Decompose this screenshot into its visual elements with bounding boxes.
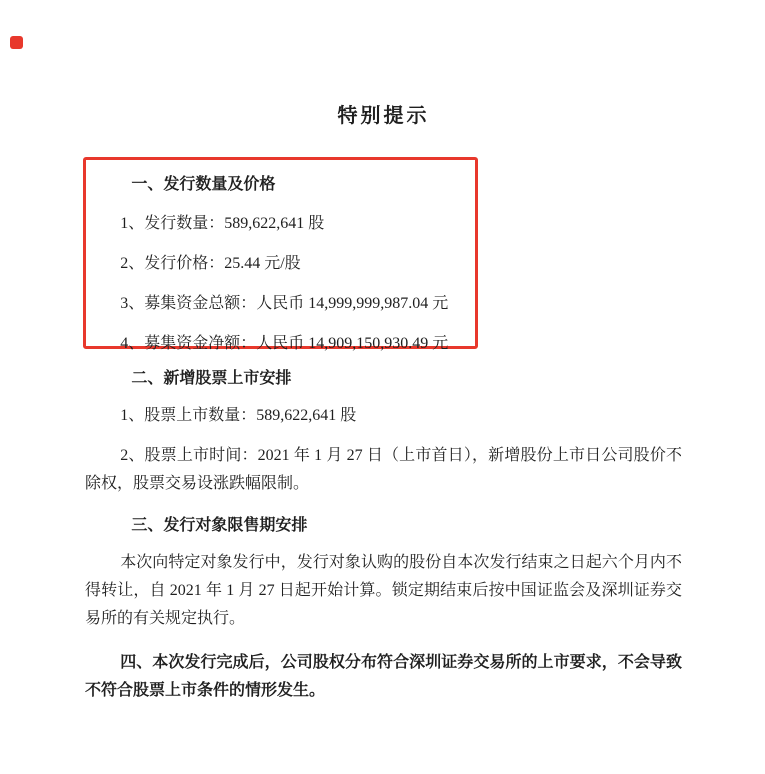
- section1-heading: 一、发行数量及价格: [85, 174, 682, 195]
- section2-item-listing-quantity: 1、股票上市数量：589,622,641 股: [85, 405, 682, 426]
- section1-item-issue-quantity: 1、发行数量：589,622,641 股: [85, 213, 682, 234]
- section2-item-listing-date: 2、股票上市时间：2021 年 1 月 27 日（上市首日），新增股份上市日公司…: [85, 442, 682, 498]
- section3-paragraph-lockup: 本次向特定对象发行中，发行对象认购的股份自本次发行结束之日起六个月内不得转让，自…: [85, 549, 682, 633]
- section1-item-net-proceeds: 4、募集资金净额：人民币 14,909,150,930.49 元: [85, 333, 682, 354]
- section2-heading: 二、新增股票上市安排: [85, 368, 682, 389]
- section3-heading: 三、发行对象限售期安排: [85, 515, 682, 536]
- document-page: 特别提示 一、发行数量及价格 1、发行数量：589,622,641 股 2、发行…: [0, 0, 765, 774]
- section1-item-gross-proceeds: 3、募集资金总额：人民币 14,999,999,987.04 元: [85, 293, 682, 314]
- page-title: 特别提示: [85, 103, 682, 129]
- section4-paragraph-equity-distribution: 四、本次发行完成后，公司股权分布符合深圳证券交易所的上市要求，不会导致不符合股票…: [85, 649, 682, 705]
- section1-item-issue-price: 2、发行价格：25.44 元/股: [85, 253, 682, 274]
- document-content: 特别提示 一、发行数量及价格 1、发行数量：589,622,641 股 2、发行…: [0, 0, 765, 705]
